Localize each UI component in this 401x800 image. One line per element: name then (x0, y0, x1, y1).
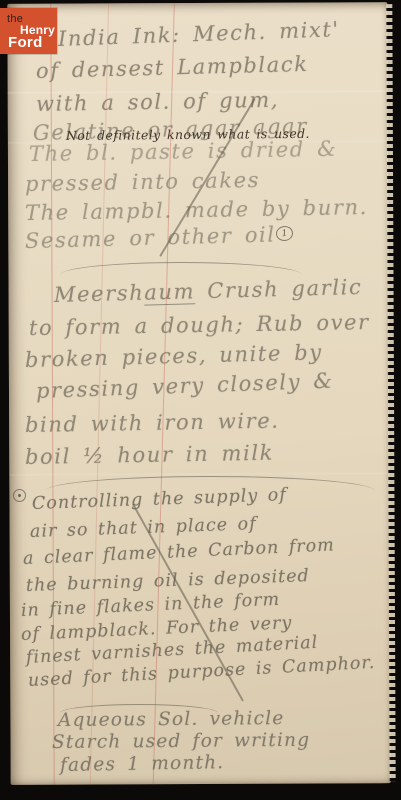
handwritten-line: Aqueous Sol. vehicle (58, 708, 285, 731)
circled-footnote-marker (13, 489, 26, 502)
scan-background: the Henry Ford India Ink: Mech. mixt' of… (0, 0, 401, 800)
word-part: Crush garlic (195, 275, 363, 303)
handwritten-line: with a sol. of gum, (36, 88, 279, 116)
word-part: Meersh (54, 281, 145, 307)
handwritten-line: Starch used for writing (52, 730, 310, 753)
perforated-edge (386, 4, 395, 781)
handwritten-line: fades 1 month. (60, 752, 225, 776)
underlined-word-part: aum (144, 279, 195, 305)
handwritten-line: boil ½ hour in milk (25, 441, 274, 469)
ink-annotation: Not definitely known what is used. (66, 126, 310, 143)
handwritten-line: bind with iron wire. (25, 409, 280, 437)
logo-word-ford: Ford (8, 34, 43, 51)
henry-ford-logo: the Henry Ford (0, 8, 57, 54)
handwritten-line: pressed into cakes (25, 168, 260, 196)
